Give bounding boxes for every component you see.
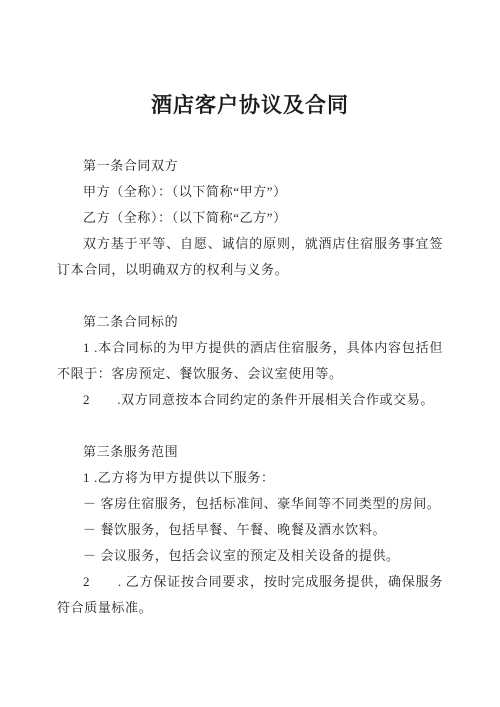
paragraph: 第三条服务范围 (57, 439, 443, 465)
document-page: 酒店客户协议及合同 第一条合同双方甲方（全称）：（以下简称“甲方”）乙方（全称）… (0, 0, 500, 707)
paragraph: 甲方（全称）：（以下简称“甲方”） (57, 179, 443, 205)
paragraph: 1 .本合同标的为甲方提供的酒店住宿服务，具体内容包括但不限于：客房预定、餐饮服… (57, 335, 443, 387)
document-title: 酒店客户协议及合同 (57, 92, 443, 119)
paragraph: 乙方（全称）：（以下简称“乙方”） (57, 205, 443, 231)
paragraph: － 会议服务，包括会议室的预定及相关设备的提供。 (57, 543, 443, 569)
paragraph: 双方基于平等、自愿、诚信的原则，就酒店住宿服务事宜签订本合同，以明确双方的权利与… (57, 231, 443, 283)
paragraph: 1 .乙方将为甲方提供以下服务： (57, 465, 443, 491)
document-body: 第一条合同双方甲方（全称）：（以下简称“甲方”）乙方（全称）：（以下简称“乙方”… (57, 153, 443, 621)
paragraph: 2 .双方同意按本合同约定的条件开展相关合作或交易。 (57, 387, 443, 413)
paragraph (57, 283, 443, 309)
paragraph: 第一条合同双方 (57, 153, 443, 179)
paragraph: 第二条合同标的 (57, 309, 443, 335)
paragraph: 2 . 乙方保证按合同要求，按时完成服务提供，确保服务符合质量标准。 (57, 569, 443, 621)
paragraph: － 客房住宿服务，包括标准间、豪华间等不同类型的房间。 (57, 491, 443, 517)
paragraph: － 餐饮服务，包括早餐、午餐、晚餐及酒水饮料。 (57, 517, 443, 543)
paragraph (57, 413, 443, 439)
